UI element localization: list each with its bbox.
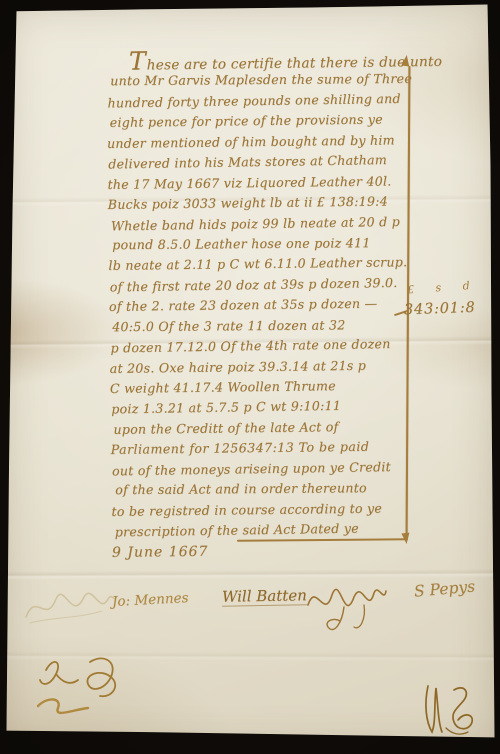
manuscript-line: 9 June 1667	[112, 539, 424, 563]
manuscript-line: pound 8.5.0 Leather hose one poiz 411	[112, 233, 420, 256]
illegible-signature-flourish	[304, 577, 388, 639]
manuscript-text-block: These are to certifie that there is due …	[106, 48, 424, 563]
signature-pepys: S Pepys	[413, 577, 475, 600]
manuscript-line: of the said Act and in order thereunto	[115, 478, 423, 501]
margin-total-amount: 343:01:8	[404, 300, 476, 318]
signature-mennes: Jo: Mennes	[112, 590, 189, 610]
illegible-signature-flourish	[22, 583, 118, 631]
signature-batten: Will Batten	[222, 586, 307, 606]
manuscript-page: These are to certifie that there is due …	[0, 0, 500, 754]
paper-crease	[0, 569, 500, 581]
photo-backdrop: These are to certifie that there is due …	[0, 0, 500, 754]
bracket-arrow-icon	[401, 54, 410, 66]
monogram-flourish	[420, 678, 478, 742]
clerk-initials-flourish	[32, 652, 136, 726]
